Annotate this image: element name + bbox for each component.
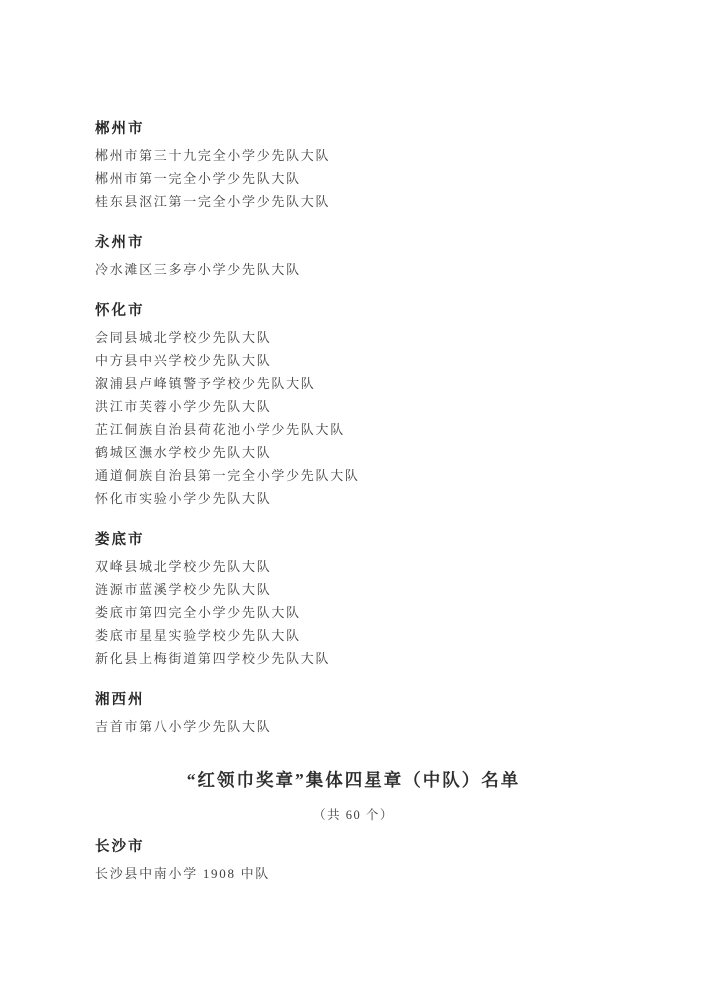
school-list-item: 会同县城北学校少先队大队 [95,326,707,349]
city-section-loudi: 娄底市 双峰县城北学校少先队大队 涟源市蓝溪学校少先队大队 娄底市第四完全小学少… [95,529,707,670]
document-page: 郴州市 郴州市第三十九完全小学少先队大队 郴州市第一完全小学少先队大队 桂东县沤… [0,0,707,1000]
school-list-item: 鹤城区潕水学校少先队大队 [95,441,707,464]
school-list-item: 新化县上梅街道第四学校少先队大队 [95,647,707,670]
school-list-item: 涟源市蓝溪学校少先队大队 [95,578,707,601]
city-heading: 永州市 [95,232,707,254]
school-list-item: 通道侗族自治县第一完全小学少先队大队 [95,464,707,487]
school-list: 冷水滩区三多亭小学少先队大队 [95,258,707,281]
city-section-huaihua: 怀化市 会同县城北学校少先队大队 中方县中兴学校少先队大队 溆浦县卢峰镇警予学校… [95,300,707,510]
school-list-item: 冷水滩区三多亭小学少先队大队 [95,258,707,281]
city-section-yongzhou: 永州市 冷水滩区三多亭小学少先队大队 [95,232,707,281]
school-list: 会同县城北学校少先队大队 中方县中兴学校少先队大队 溆浦县卢峰镇警予学校少先队大… [95,326,707,510]
city-section-xiangxi: 湘西州 吉首市第八小学少先队大队 [95,689,707,738]
school-list: 长沙县中南小学 1908 中队 [95,862,707,885]
school-list-item: 娄底市星星实验学校少先队大队 [95,624,707,647]
city-heading: 湘西州 [95,689,707,711]
school-list: 吉首市第八小学少先队大队 [95,715,707,738]
school-list-item: 芷江侗族自治县荷花池小学少先队大队 [95,418,707,441]
four-star-list-title-block: “红领巾奖章”集体四星章（中队）名单 （共 60 个） [0,768,707,823]
four-star-list-count-note: （共 60 个） [0,805,707,823]
school-list-item: 怀化市实验小学少先队大队 [95,487,707,510]
school-list-item: 溆浦县卢峰镇警予学校少先队大队 [95,372,707,395]
school-list-item: 娄底市第四完全小学少先队大队 [95,601,707,624]
school-list-item: 吉首市第八小学少先队大队 [95,715,707,738]
school-list-item: 郴州市第三十九完全小学少先队大队 [95,144,707,167]
city-heading: 长沙市 [95,836,707,858]
city-heading: 娄底市 [95,529,707,551]
school-list-item: 洪江市芙蓉小学少先队大队 [95,395,707,418]
city-heading: 郴州市 [95,118,707,140]
school-list-item: 双峰县城北学校少先队大队 [95,555,707,578]
school-list-item: 中方县中兴学校少先队大队 [95,349,707,372]
award-list-body: 郴州市 郴州市第三十九完全小学少先队大队 郴州市第一完全小学少先队大队 桂东县沤… [0,118,707,738]
city-section-chenzhou: 郴州市 郴州市第三十九完全小学少先队大队 郴州市第一完全小学少先队大队 桂东县沤… [95,118,707,213]
school-list-item: 郴州市第一完全小学少先队大队 [95,167,707,190]
school-list-item: 桂东县沤江第一完全小学少先队大队 [95,190,707,213]
four-star-list-body: 长沙市 长沙县中南小学 1908 中队 [0,836,707,885]
city-heading: 怀化市 [95,300,707,322]
school-list: 双峰县城北学校少先队大队 涟源市蓝溪学校少先队大队 娄底市第四完全小学少先队大队… [95,555,707,670]
city-section-changsha: 长沙市 长沙县中南小学 1908 中队 [95,836,707,885]
school-list: 郴州市第三十九完全小学少先队大队 郴州市第一完全小学少先队大队 桂东县沤江第一完… [95,144,707,213]
four-star-list-title: “红领巾奖章”集体四星章（中队）名单 [0,768,707,792]
school-list-item: 长沙县中南小学 1908 中队 [95,862,707,885]
